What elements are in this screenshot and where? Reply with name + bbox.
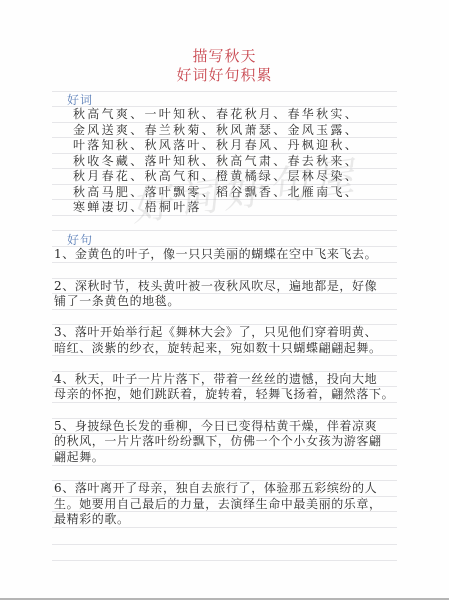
ruled-line xyxy=(52,91,397,92)
ruled-line xyxy=(52,527,397,528)
sentence-6-line-1: 6、落叶离开了母亲，独自去旅行了，体验那五彩缤纷的人 xyxy=(54,481,377,496)
sentence-4-line-1: 4、秋天，叶子一片片落下，带着一丝丝的遗憾，投向大地 xyxy=(54,372,377,387)
sentence-3-line-2: 暗红、淡紫的纱衣，旋转起来，宛如数十只蝴蝶翩翩起舞。 xyxy=(54,341,382,356)
ruled-line xyxy=(52,560,397,561)
ruled-line xyxy=(52,215,397,216)
sentence-2-line-2: 铺了一条黄色的地毯。 xyxy=(54,294,180,309)
sentence-6-line-2: 生。她要用自己最后的力量，去演绎生命中最美丽的乐章， xyxy=(54,497,382,512)
sentence-5-line-3: 翩起舞。 xyxy=(54,450,104,465)
sentence-5-line-2: 的秋风，一片片落叶纷纷飘下，仿佛一个个小女孩为游客翩 xyxy=(54,434,382,449)
ruled-line xyxy=(52,465,397,466)
word-line: 秋收冬藏、落叶知秋、秋高气肃、春去秋来、 xyxy=(73,154,359,169)
sentence-4-line-2: 母亲的怀抱，她们跳跃着，旋转着，轻舞飞扬着，翩然落下。 xyxy=(54,387,394,402)
word-line: 叶落知秋、秋风落叶、秋月春风、丹枫迎秋、 xyxy=(73,138,359,153)
ruled-line xyxy=(52,402,397,403)
sentences-section-label: 好句 xyxy=(67,233,93,247)
word-line: 秋高马肥、落叶飘零、稻谷飘香、北雁南飞、 xyxy=(73,185,359,200)
word-line: 寒蝉凄切、梧桐叶落 xyxy=(73,200,202,215)
word-line: 秋高气爽、一叶知秋、春花秋月、春华秋实、 xyxy=(73,107,359,122)
word-line: 金风送爽、春兰秋菊、秋风萧瑟、金风玉露、 xyxy=(73,123,359,138)
page-title: 描写秋天 xyxy=(0,47,449,65)
sentence-5-line-1: 5、身披绿色长发的垂柳，今日已变得枯黄干燥，伴着凉爽 xyxy=(54,419,377,434)
page-subtitle: 好词好句积累 xyxy=(0,66,449,84)
sentence-6-line-3: 最精彩的歌。 xyxy=(54,512,130,527)
ruled-line xyxy=(52,230,397,231)
document-page: 描写秋天 好词好句积累 好词 秋高气爽、一叶知秋、春花秋月、春华秋实、 金风送爽… xyxy=(0,0,449,598)
ruled-line xyxy=(52,544,397,545)
ruled-line xyxy=(52,262,397,263)
words-section-label: 好词 xyxy=(67,93,93,107)
sentence-2-line-1: 2、深秋时节，枝头黄叶被一夜秋风吹尽，遍地都是，好像 xyxy=(54,279,377,294)
word-line: 秋月春花、秋高气和、橙黄橘绿、层林尽染、 xyxy=(73,169,359,184)
sentence-1-line-1: 1、金黄色的叶子，像一只只美丽的蝴蝶在空中飞来飞去。 xyxy=(54,247,377,262)
sentence-3-line-1: 3、落叶开始举行起《舞林大会》了，只见他们穿着明黄、 xyxy=(54,325,377,340)
ruled-line xyxy=(52,309,397,310)
